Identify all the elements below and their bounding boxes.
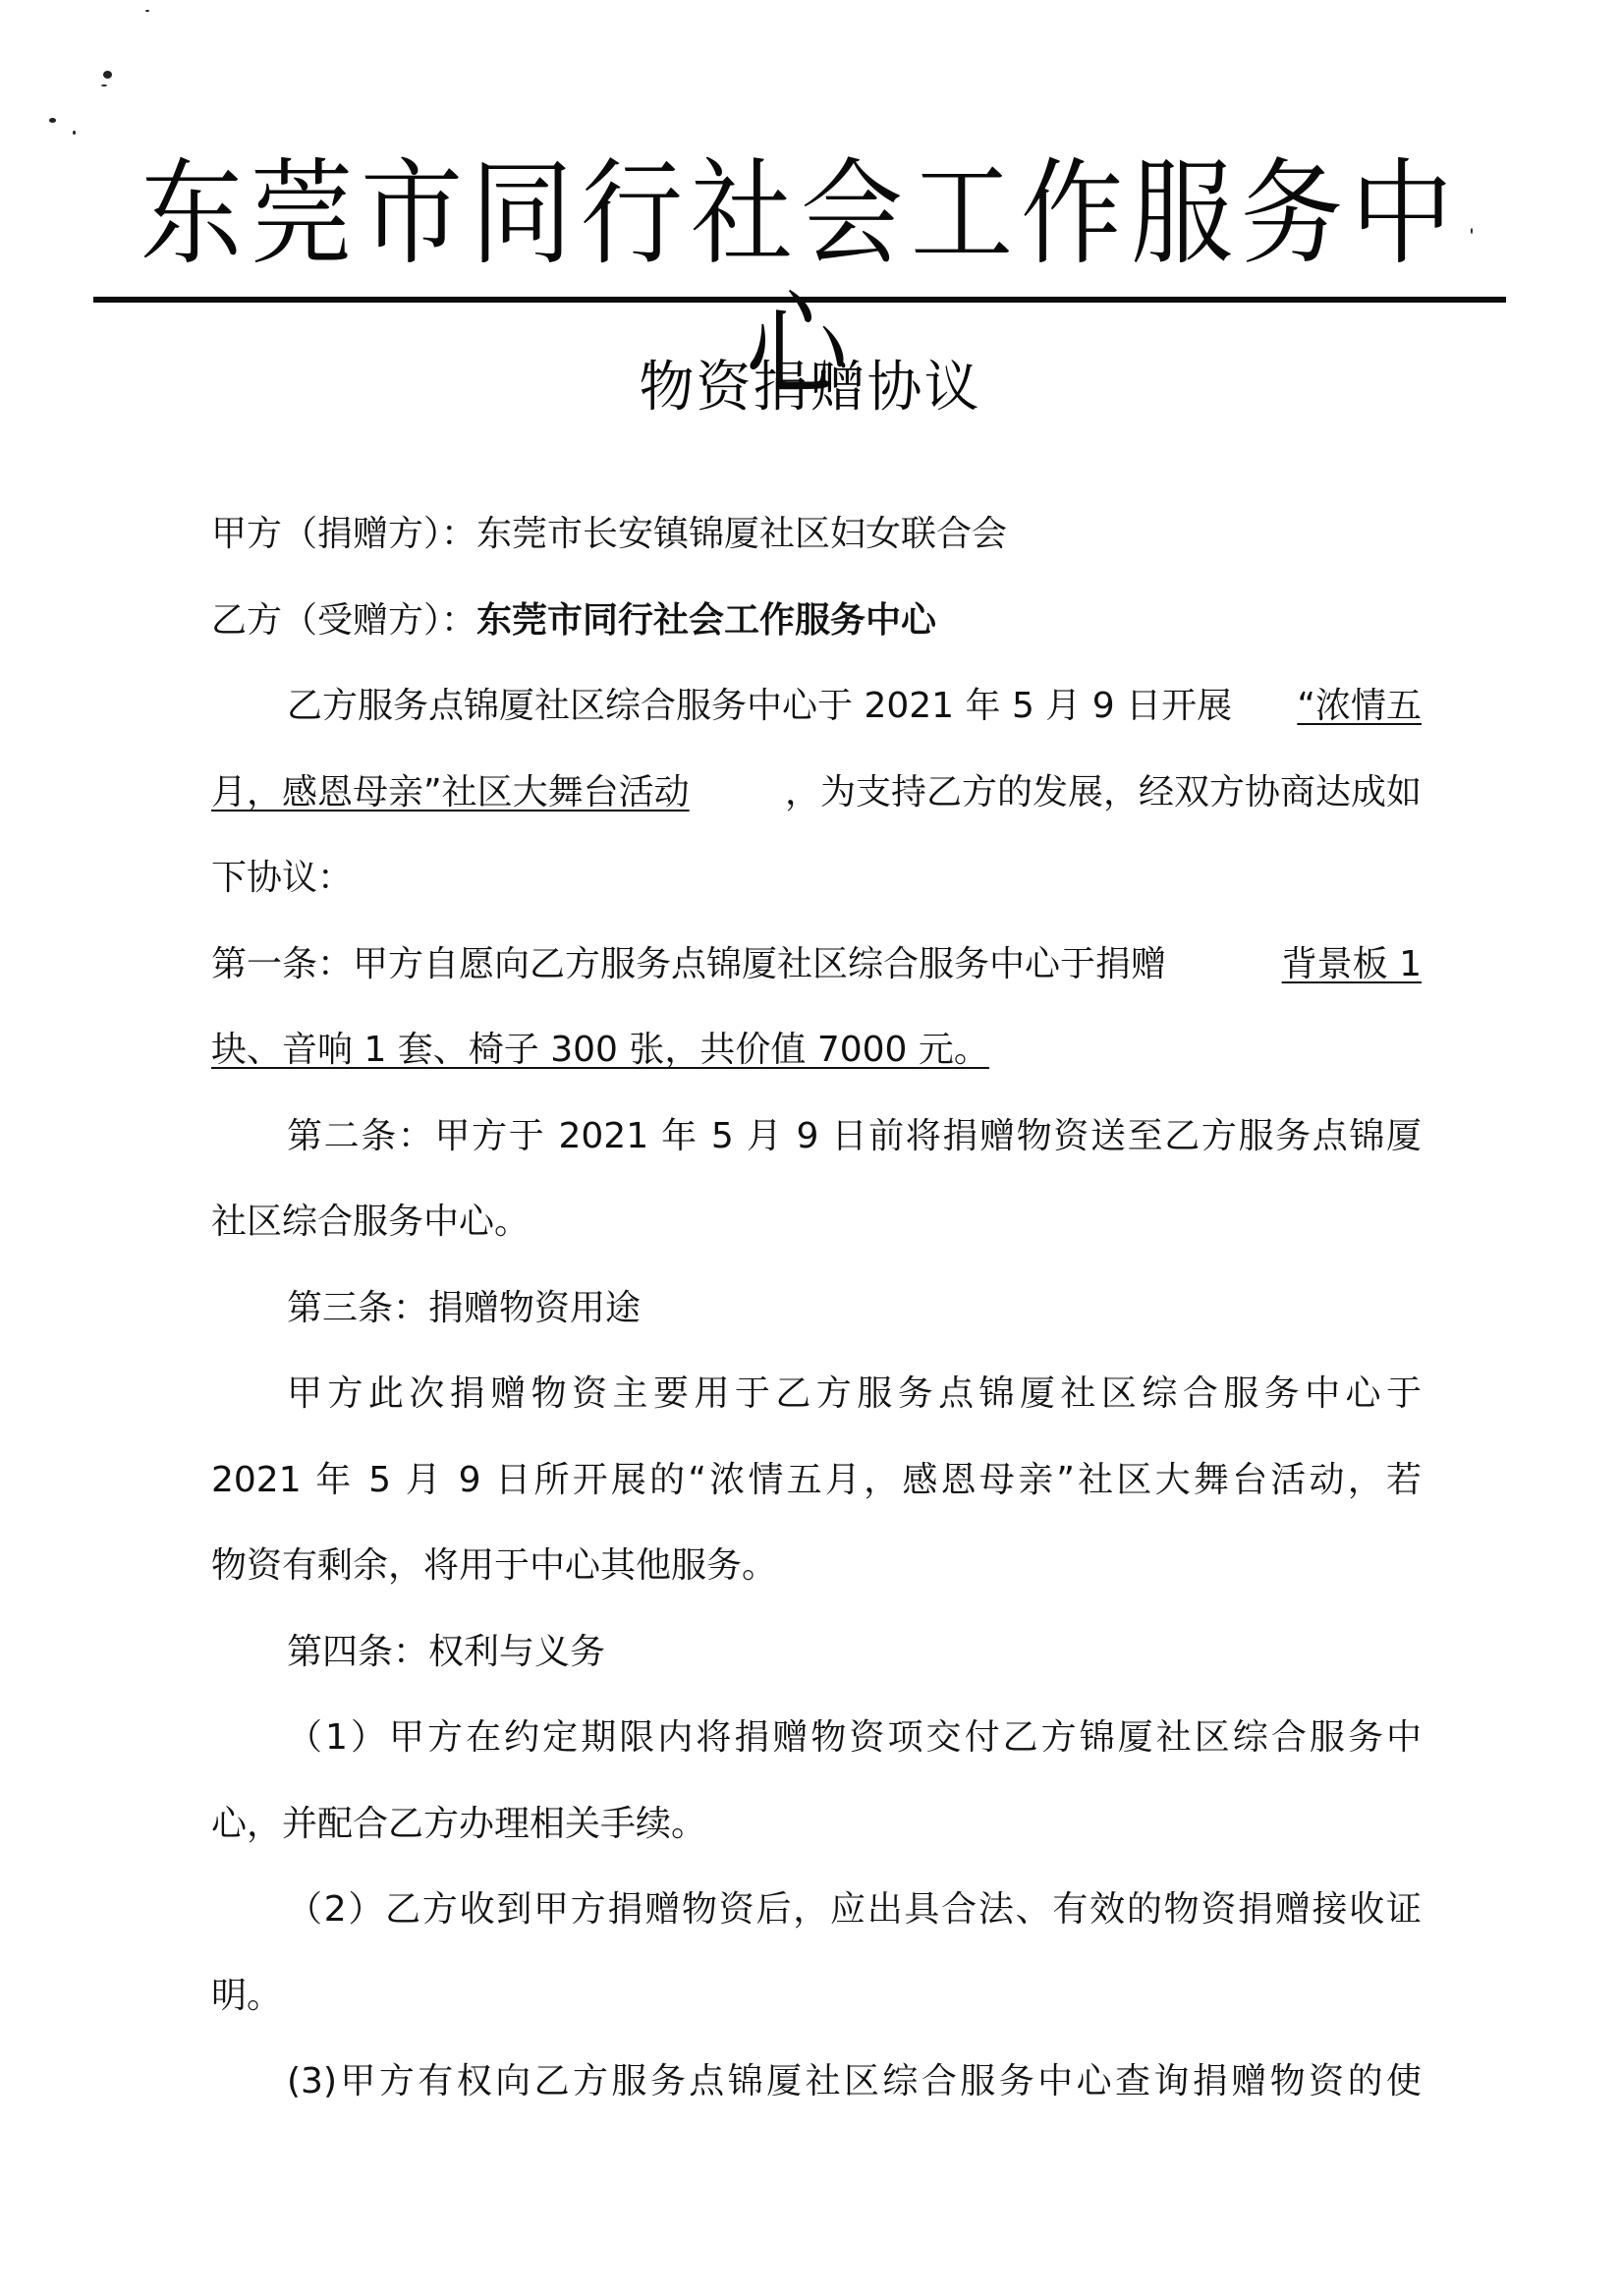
article-2-line-1: 第二条：甲方于 2021 年 5 月 9 日前将捐赠物资送至乙方服务点锦厦 xyxy=(211,1093,1422,1180)
party-b-name: 东莞市同行社会工作服务中心 xyxy=(476,578,936,664)
letterhead-rule xyxy=(93,297,1506,303)
article-3-text: 甲方此次捐赠物资主要用于乙方服务点锦厦社区综合服务中心于 xyxy=(287,1351,1422,1437)
article-2-text: 社区综合服务中心。 xyxy=(211,1179,530,1265)
article-4-heading: 第四条：权利与义务 xyxy=(211,1609,1422,1696)
article-2-text: 第二条：甲方于 2021 年 5 月 9 日前将捐赠物资送至乙方服务点锦厦 xyxy=(287,1093,1422,1180)
article-4-item-1-text: （1）甲方在约定期限内将捐赠物资项交付乙方锦厦社区综合服务中 xyxy=(287,1695,1422,1781)
scan-speck xyxy=(73,131,76,135)
donated-items-underlined: 块、音响 1 套、椅子 300 张，共价值 7000 元。 xyxy=(211,1007,989,1093)
preamble-line-3: 下协议： xyxy=(211,835,1422,922)
article-2-line-2: 社区综合服务中心。 xyxy=(211,1179,1422,1265)
article-4-item-1-line-1: （1）甲方在约定期限内将捐赠物资项交付乙方锦厦社区综合服务中 xyxy=(211,1695,1422,1781)
article-1-line-2: 块、音响 1 套、椅子 300 张，共价值 7000 元。 xyxy=(211,1007,1422,1093)
article-3-text: 2021 年 5 月 9 日所开展的“浓情五月，感恩母亲”社区大舞台活动，若 xyxy=(211,1437,1422,1524)
preamble-text: ，为支持乙方的发展，经双方协商达成如 xyxy=(785,750,1422,836)
article-4-item-3-line-1: (3)甲方有权向乙方服务点锦厦社区综合服务中心查询捐赠物资的使 xyxy=(211,2039,1422,2125)
article-4-item-2-text: （2）乙方收到甲方捐赠物资后，应出具合法、有效的物资捐赠接收证 xyxy=(287,1867,1422,1953)
preamble-text: 下协议： xyxy=(211,835,353,922)
party-a-label: 甲方（捐赠方）： xyxy=(211,491,476,578)
article-3-line-3: 物资有剩余，将用于中心其他服务。 xyxy=(211,1523,1422,1609)
event-name-underlined: “浓情五 xyxy=(1297,663,1422,750)
party-a-line: 甲方（捐赠方）： 东莞市长安镇锦厦社区妇女联合会 xyxy=(211,491,1422,578)
scan-speck xyxy=(49,118,56,123)
article-4-item-1-line-2: 心，并配合乙方办理相关手续。 xyxy=(211,1781,1422,1868)
document-title: 物资捐赠协议 xyxy=(0,354,1620,422)
party-b-line: 乙方（受赠方）： 东莞市同行社会工作服务中心 xyxy=(211,578,1422,664)
preamble-line-2: 月，感恩母亲”社区大舞台活动 ，为支持乙方的发展，经双方协商达成如 xyxy=(211,750,1422,836)
article-4-heading-text: 第四条：权利与义务 xyxy=(287,1609,605,1696)
party-b-label: 乙方（受赠方）： xyxy=(211,578,476,664)
document-body: 甲方（捐赠方）： 东莞市长安镇锦厦社区妇女联合会 乙方（受赠方）： 东莞市同行社… xyxy=(211,491,1422,2125)
article-4-item-3-text: (3)甲方有权向乙方服务点锦厦社区综合服务中心查询捐赠物资的使 xyxy=(287,2039,1422,2125)
article-4-item-1-text: 心，并配合乙方办理相关手续。 xyxy=(211,1781,706,1868)
party-a-name: 东莞市长安镇锦厦社区妇女联合会 xyxy=(476,491,1007,578)
article-3-heading: 第三条：捐赠物资用途 xyxy=(211,1265,1422,1352)
article-4-item-2-line-2: 明。 xyxy=(211,1953,1422,2040)
scan-speck xyxy=(145,10,149,12)
donated-items-underlined: 背景板 1 xyxy=(1282,922,1422,1008)
preamble-text: 乙方服务点锦厦社区综合服务中心于 2021 年 5 月 9 日开展 xyxy=(287,663,1232,750)
article-1-line-1: 第一条：甲方自愿向乙方服务点锦厦社区综合服务中心于捐赠 背景板 1 xyxy=(211,922,1422,1008)
article-3-line-2: 2021 年 5 月 9 日所开展的“浓情五月，感恩母亲”社区大舞台活动，若 xyxy=(211,1437,1422,1524)
article-4-item-2-line-1: （2）乙方收到甲方捐赠物资后，应出具合法、有效的物资捐赠接收证 xyxy=(211,1867,1422,1953)
preamble-line-1: 乙方服务点锦厦社区综合服务中心于 2021 年 5 月 9 日开展 “浓情五 xyxy=(211,663,1422,750)
article-4-item-2-text: 明。 xyxy=(211,1953,282,2040)
article-3-heading-text: 第三条：捐赠物资用途 xyxy=(287,1265,641,1352)
event-name-underlined: 月，感恩母亲”社区大舞台活动 xyxy=(211,750,690,836)
scan-speck xyxy=(101,84,107,86)
article-3-text: 物资有剩余，将用于中心其他服务。 xyxy=(211,1523,777,1609)
article-3-line-1: 甲方此次捐赠物资主要用于乙方服务点锦厦社区综合服务中心于 xyxy=(211,1351,1422,1437)
article-1-text: 第一条：甲方自愿向乙方服务点锦厦社区综合服务中心于捐赠 xyxy=(211,922,1166,1008)
scan-speck xyxy=(103,71,112,79)
